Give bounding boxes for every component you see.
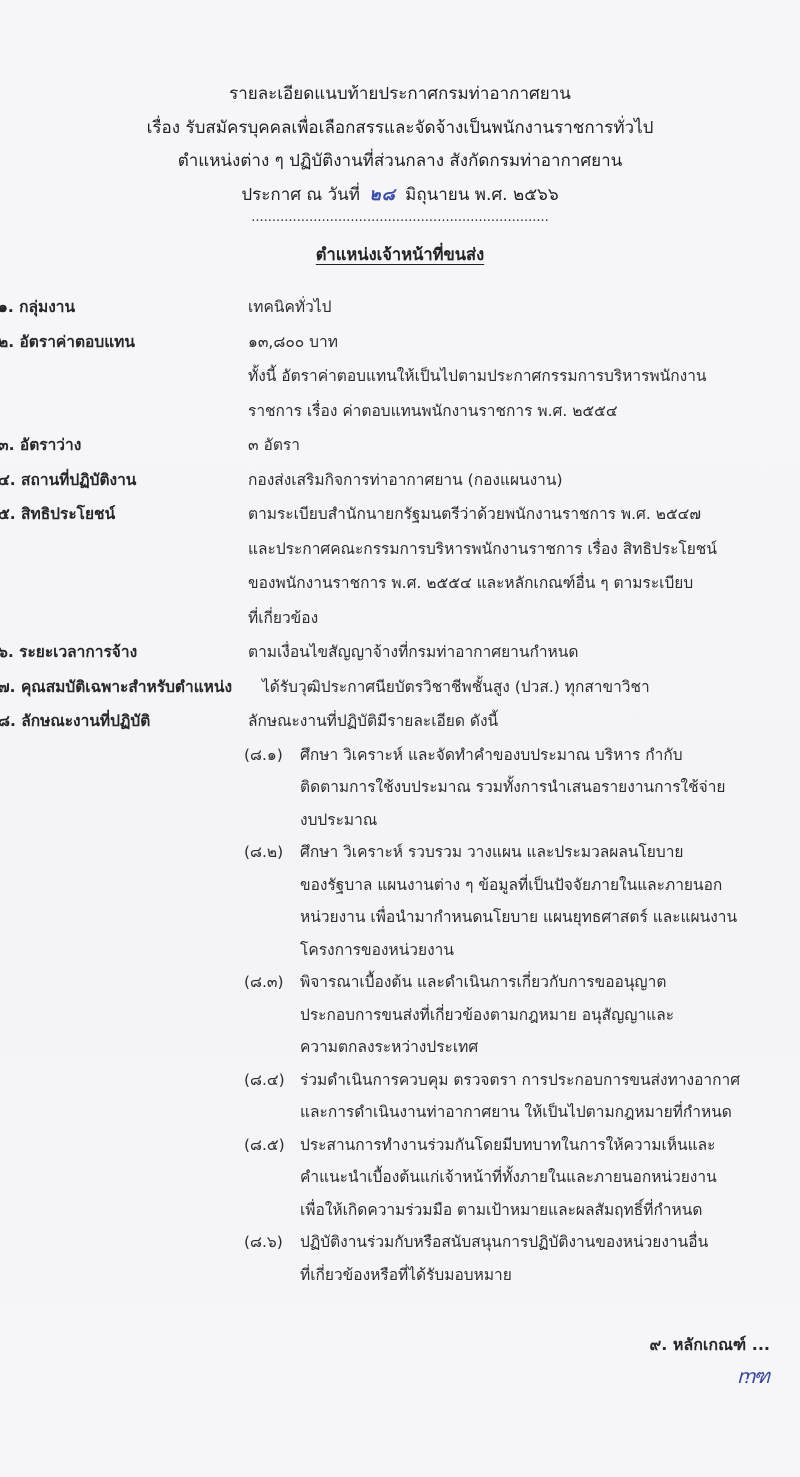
handwritten-date-day: ๒๘ xyxy=(369,185,395,205)
value-line: กองส่งเสริมกิจการท่าอากาศยาน (กองแผนงาน) xyxy=(248,463,772,498)
duty-item: (๘.๕) ประสานการทำงานร่วมกันโดยมีบทบาทในก… xyxy=(244,1129,772,1227)
note-line: ราชการ เรื่อง ค่าตอบแทนพนักงานราชการ พ.ศ… xyxy=(248,394,772,429)
detail-row-work-group: ๑. กลุ่มงาน เทคนิคทั่วไป xyxy=(0,290,800,325)
dotted-divider: ........................................… xyxy=(0,210,800,225)
header-title-line-2: เรื่อง รับสมัครบุคคลเพื่อเลือกสรรและจัดจ… xyxy=(0,112,800,146)
duty-line: เพื่อให้เกิดความร่วมมือ ตามเป้าหมายและผล… xyxy=(300,1194,772,1227)
detail-row-employment-period: ๖. ระยะเวลาการจ้าง ตามเงื่อนไขสัญญาจ้างท… xyxy=(0,635,800,670)
detail-value: ได้รับวุฒิประกาศนียบัตรวิชาชีพชั้นสูง (ป… xyxy=(262,670,800,705)
detail-value: ๑๓,๘๐๐ บาท ทั้งนี้ อัตราค่าตอบแทนให้เป็น… xyxy=(248,325,800,429)
duty-line: ปฏิบัติงานร่วมกับหรือสนับสนุนการปฏิบัติง… xyxy=(300,1226,772,1259)
duty-number: (๘.๒) xyxy=(244,836,300,966)
duty-line: ศึกษา วิเคราะห์ รวบรวม วางแผน และประมวลผ… xyxy=(300,836,772,869)
detail-row-job-description: ๘. ลักษณะงานที่ปฏิบัติ ลักษณะงานที่ปฏิบั… xyxy=(0,704,800,1291)
value-line: ๓ อัตรา xyxy=(248,428,772,463)
duty-number: (๘.๔) xyxy=(244,1064,300,1129)
value-line: และประกาศคณะกรรมการบริหารพนักงานราชการ เ… xyxy=(248,532,772,567)
detail-row-benefits: ๕. สิทธิประโยชน์ ตามระเบียบสำนักนายกรัฐม… xyxy=(0,497,800,635)
header-date-line: ประกาศ ณ วันที่ ๒๘ มิถุนายน พ.ศ. ๒๕๖๖ xyxy=(0,179,800,213)
duty-text: ศึกษา วิเคราะห์ และจัดทำคำของบประมาณ บริ… xyxy=(300,739,772,837)
detail-row-qualifications: ๗. คุณสมบัติเฉพาะสำหรับตำแหน่ง ได้รับวุฒ… xyxy=(0,670,800,705)
duty-text: ปฏิบัติงานร่วมกับหรือสนับสนุนการปฏิบัติง… xyxy=(300,1226,772,1291)
header-title-line-1: รายละเอียดแนบท้ายประกาศกรมท่าอากาศยาน xyxy=(0,78,800,112)
date-suffix: มิถุนายน พ.ศ. ๒๕๖๖ xyxy=(405,185,559,205)
document-header: รายละเอียดแนบท้ายประกาศกรมท่าอากาศยาน เร… xyxy=(0,78,800,212)
duty-line: ความตกลงระหว่างประเทศ xyxy=(300,1031,772,1064)
detail-label: ๗. คุณสมบัติเฉพาะสำหรับตำแหน่ง xyxy=(0,670,262,705)
value-line: ลักษณะงานที่ปฏิบัติมีรายละเอียด ดังนี้ xyxy=(248,704,772,739)
duty-line: ประกอบการขนส่งที่เกี่ยวข้องตามกฎหมาย อนุ… xyxy=(300,999,772,1032)
position-heading: ตำแหน่งเจ้าหน้าที่ขนส่ง xyxy=(0,242,800,268)
value-line: ตามเงื่อนไขสัญญาจ้างที่กรมท่าอากาศยานกำห… xyxy=(248,635,772,670)
duty-text: พิจารณาเบื้องต้น และดำเนินการเกี่ยวกับกา… xyxy=(300,966,772,1064)
duty-line: และการดำเนินงานท่าอากาศยาน ให้เป็นไปตามก… xyxy=(300,1096,772,1129)
detail-value: ๓ อัตรา xyxy=(248,428,800,463)
detail-label: ๓. อัตราว่าง xyxy=(0,428,248,463)
duty-text: ร่วมดำเนินการควบคุม ตรวจตรา การประกอบการ… xyxy=(300,1064,772,1129)
duty-line: คำแนะนำเบื้องต้นแก่เจ้าหน้าที่ทั้งภายในแ… xyxy=(300,1161,772,1194)
note-line: ทั้งนี้ อัตราค่าตอบแทนให้เป็นไปตามประกาศ… xyxy=(248,359,772,394)
duty-line: งบประมาณ xyxy=(300,804,772,837)
duty-number: (๘.๕) xyxy=(244,1129,300,1227)
continuation-marker: ๙. หลักเกณฑ์ ... xyxy=(650,1333,771,1358)
value-line: ตามระเบียบสำนักนายกรัฐมนตรีว่าด้วยพนักงา… xyxy=(248,497,772,532)
duty-item: (๘.๔) ร่วมดำเนินการควบคุม ตรวจตรา การประ… xyxy=(244,1064,772,1129)
detail-label: ๑. กลุ่มงาน xyxy=(0,290,248,325)
position-details-list: ๑. กลุ่มงาน เทคนิคทั่วไป ๒. อัตราค่าตอบแ… xyxy=(0,290,800,1291)
detail-value: กองส่งเสริมกิจการท่าอากาศยาน (กองแผนงาน) xyxy=(248,463,800,498)
duty-line: พิจารณาเบื้องต้น และดำเนินการเกี่ยวกับกา… xyxy=(300,966,772,999)
job-duties-list: (๘.๑) ศึกษา วิเคราะห์ และจัดทำคำของบประม… xyxy=(248,739,772,1292)
detail-row-compensation: ๒. อัตราค่าตอบแทน ๑๓,๘๐๐ บาท ทั้งนี้ อัต… xyxy=(0,325,800,429)
detail-row-vacancies: ๓. อัตราว่าง ๓ อัตรา xyxy=(0,428,800,463)
duty-line: ของรัฐบาล แผนงานต่าง ๆ ข้อมูลที่เป็นปัจจ… xyxy=(300,869,772,902)
header-title-line-3: ตำแหน่งต่าง ๆ ปฏิบัติงานที่ส่วนกลาง สังก… xyxy=(0,145,800,179)
detail-label: ๘. ลักษณะงานที่ปฏิบัติ xyxy=(0,704,248,739)
duty-item: (๘.๒) ศึกษา วิเคราะห์ รวบรวม วางแผน และป… xyxy=(244,836,772,966)
duty-text: ศึกษา วิเคราะห์ รวบรวม วางแผน และประมวลผ… xyxy=(300,836,772,966)
duty-item: (๘.๓) พิจารณาเบื้องต้น และดำเนินการเกี่ย… xyxy=(244,966,772,1064)
duty-text: ประสานการทำงานร่วมกันโดยมีบทบาทในการให้ค… xyxy=(300,1129,772,1227)
value-line: ที่เกี่ยวข้อง xyxy=(248,601,772,636)
detail-label: ๔. สถานที่ปฏิบัติงาน xyxy=(0,463,248,498)
detail-row-workplace: ๔. สถานที่ปฏิบัติงาน กองส่งเสริมกิจการท่… xyxy=(0,463,800,498)
duty-line: ศึกษา วิเคราะห์ และจัดทำคำของบประมาณ บริ… xyxy=(300,739,772,772)
duty-number: (๘.๑) xyxy=(244,739,300,837)
duty-line: โครงการของหน่วยงาน xyxy=(300,934,772,967)
detail-value: ตามเงื่อนไขสัญญาจ้างที่กรมท่าอากาศยานกำห… xyxy=(248,635,800,670)
detail-label: ๕. สิทธิประโยชน์ xyxy=(0,497,248,532)
value-line: ของพนักงานราชการ พ.ศ. ๒๕๕๔ และหลักเกณฑ์อ… xyxy=(248,566,772,601)
detail-label: ๒. อัตราค่าตอบแทน xyxy=(0,325,248,360)
detail-value: ตามระเบียบสำนักนายกรัฐมนตรีว่าด้วยพนักงา… xyxy=(248,497,800,635)
duty-number: (๘.๓) xyxy=(244,966,300,1064)
value-line: ได้รับวุฒิประกาศนียบัตรวิชาชีพชั้นสูง (ป… xyxy=(262,670,772,705)
detail-label: ๖. ระยะเวลาการจ้าง xyxy=(0,635,248,670)
duty-item: (๘.๖) ปฏิบัติงานร่วมกับหรือสนับสนุนการปฏ… xyxy=(244,1226,772,1291)
duty-number: (๘.๖) xyxy=(244,1226,300,1291)
duty-line: ประสานการทำงานร่วมกันโดยมีบทบาทในการให้ค… xyxy=(300,1129,772,1162)
document-page: รายละเอียดแนบท้ายประกาศกรมท่าอากาศยาน เร… xyxy=(0,0,800,1477)
duty-line: หน่วยงาน เพื่อนำมากำหนดนโยบาย แผนยุทธศาส… xyxy=(300,901,772,934)
duty-line: ร่วมดำเนินการควบคุม ตรวจตรา การประกอบการ… xyxy=(300,1064,772,1097)
date-prefix: ประกาศ ณ วันที่ xyxy=(241,185,360,205)
value-line: ๑๓,๘๐๐ บาท xyxy=(248,325,772,360)
duty-item: (๘.๑) ศึกษา วิเคราะห์ และจัดทำคำของบประม… xyxy=(244,739,772,837)
detail-value: ลักษณะงานที่ปฏิบัติมีรายละเอียด ดังนี้ (… xyxy=(248,704,800,1291)
detail-value: เทคนิคทั่วไป xyxy=(248,290,800,325)
handwritten-initials: ꭑฑ xyxy=(737,1360,768,1392)
value-line: เทคนิคทั่วไป xyxy=(248,290,772,325)
duty-line: ติดตามการใช้งบประมาณ รวมทั้งการนำเสนอราย… xyxy=(300,771,772,804)
duty-line: ที่เกี่ยวข้องหรือที่ได้รับมอบหมาย xyxy=(300,1259,772,1292)
